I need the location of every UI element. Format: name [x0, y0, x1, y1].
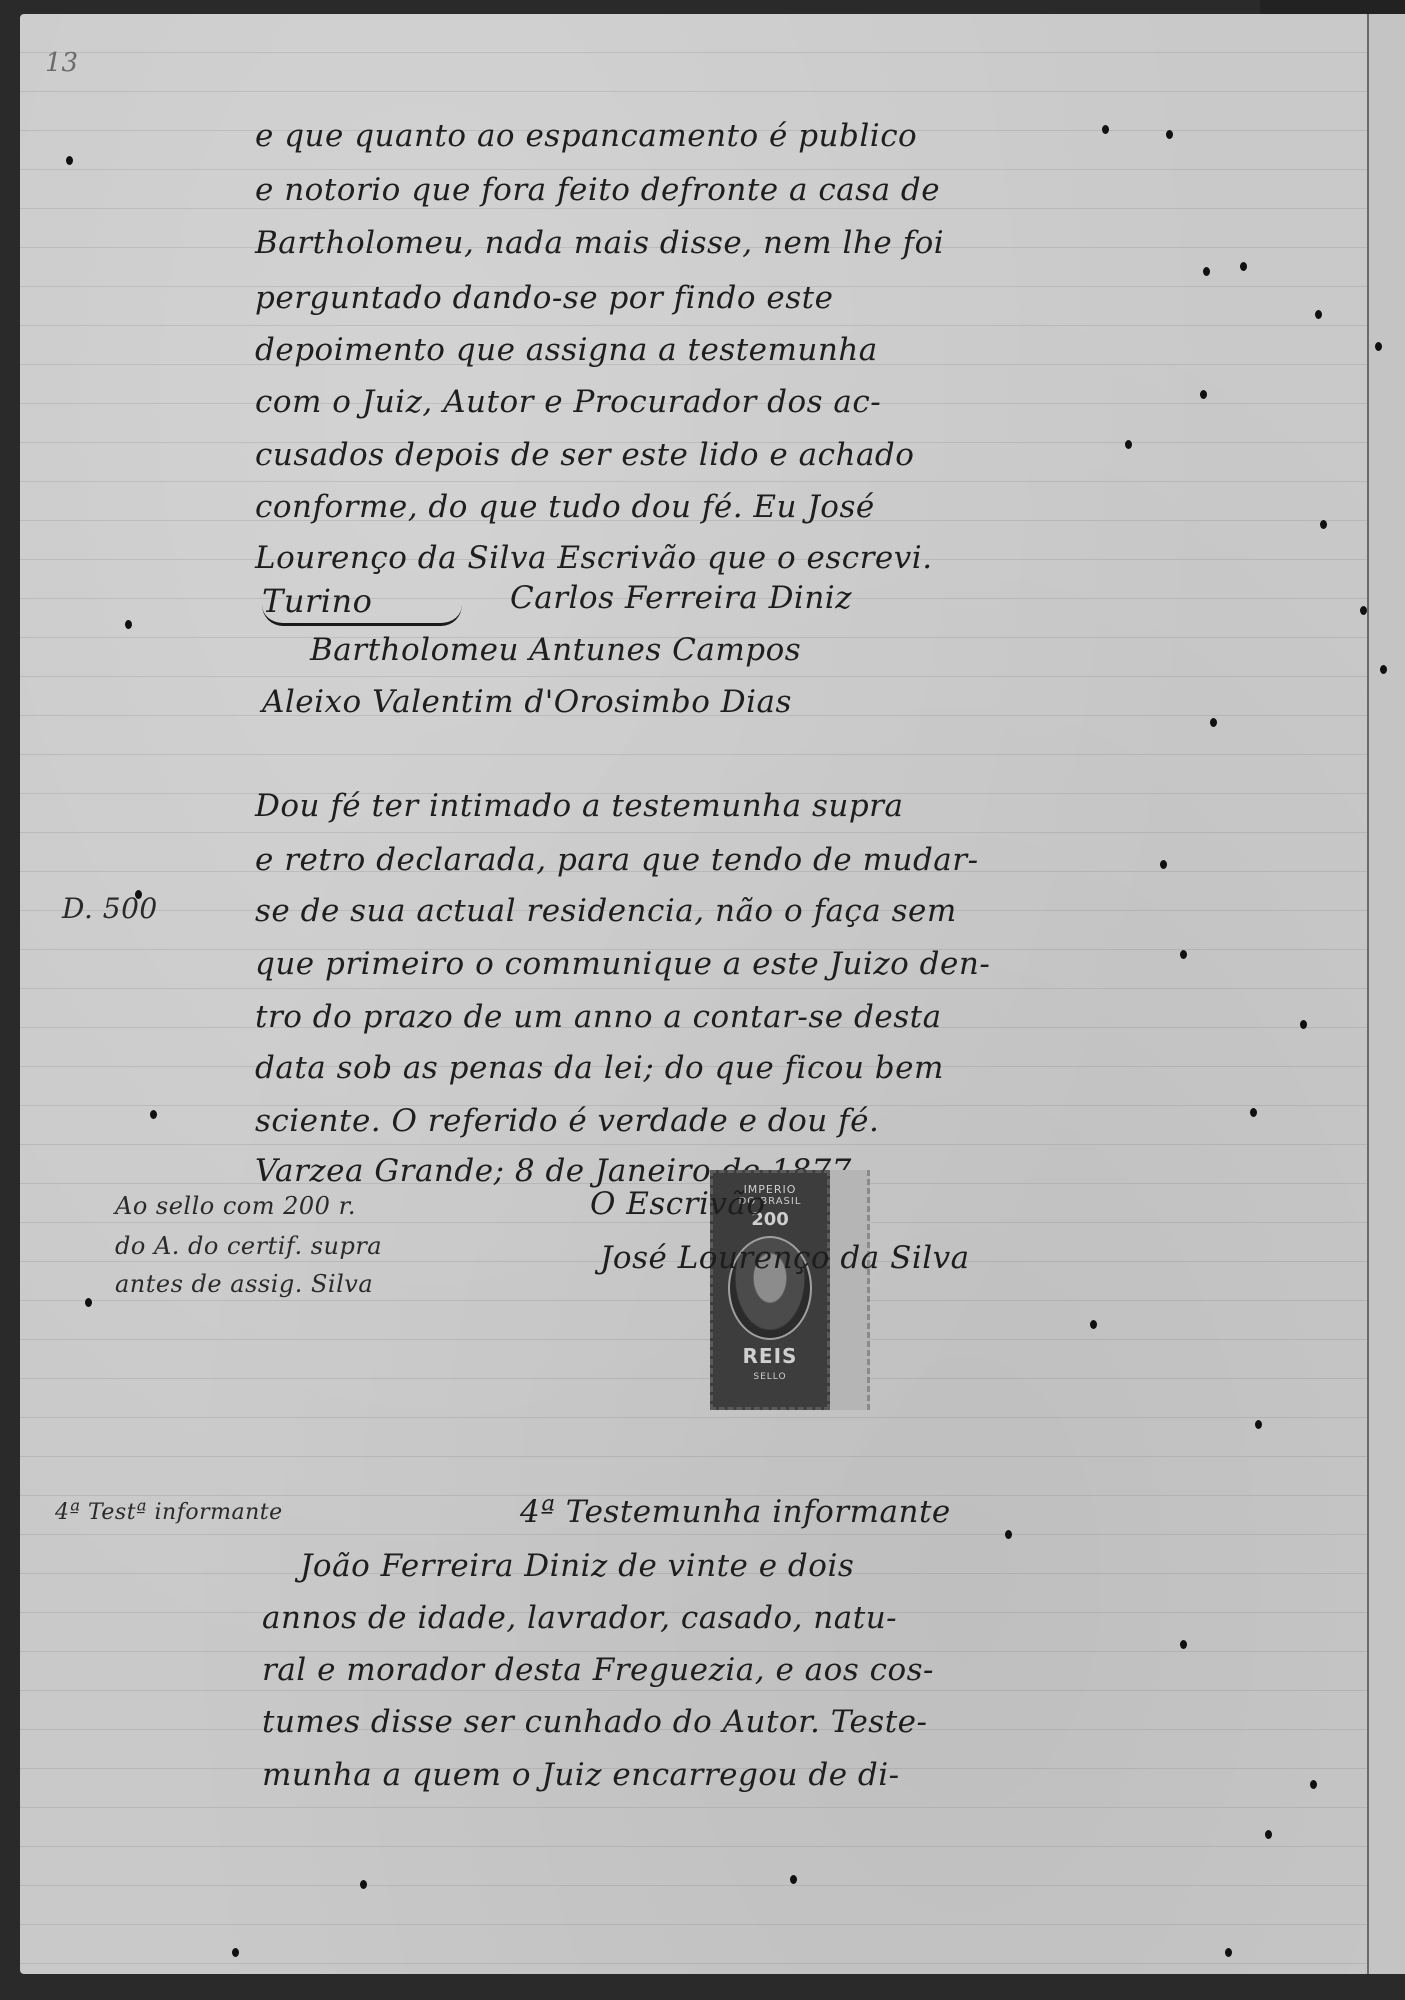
certificate-line: e retro declarada, para que tendo de mud…: [255, 842, 979, 878]
deposition-line: conforme, do que tudo dou fé. Eu José: [255, 489, 875, 525]
ink-spot: [1005, 1530, 1012, 1539]
ink-spot: [1203, 267, 1210, 276]
stamp-selvage: [830, 1170, 870, 1410]
ink-spot: [790, 1875, 797, 1884]
ink-spot: [1250, 1108, 1257, 1117]
ink-spot: [1380, 665, 1387, 674]
ink-spot: [1166, 130, 1173, 139]
ink-spot: [360, 1880, 367, 1889]
signature-witness: Aleixo Valentim d'Orosimbo Dias: [262, 684, 792, 720]
ink-spot: [1102, 125, 1109, 134]
deposition-line: cusados depois de ser este lido e achado: [255, 437, 914, 473]
ink-spot: [150, 1110, 157, 1119]
certificate-line: sciente. O referido é verdade e dou fé.: [255, 1103, 879, 1139]
certificate-line: tro do prazo de um anno a contar-se dest…: [255, 999, 942, 1035]
stamp-bottom-text: SELLO: [713, 1372, 827, 1382]
ink-spot: [1265, 1830, 1272, 1839]
ink-spot: [1240, 262, 1247, 271]
adjacent-page-edge: [1369, 14, 1405, 1974]
ink-spot: [1310, 1780, 1317, 1789]
ink-spot: [1255, 1420, 1262, 1429]
witness-line: munha a quem o Juiz encarregou de di-: [262, 1757, 900, 1793]
ink-spot: [1225, 1948, 1232, 1957]
page-number: 13: [45, 48, 78, 78]
ink-spot: [1360, 606, 1367, 615]
deposition-line: depoimento que assigna a testemunha: [255, 332, 878, 368]
margin-fee-note: D. 500: [62, 892, 158, 925]
certificate-line: Dou fé ter intimado a testemunha supra: [255, 788, 903, 824]
ink-spot: [1315, 310, 1322, 319]
deposition-line: Bartholomeu, nada mais disse, nem lhe fo…: [255, 225, 944, 261]
ink-spot: [1375, 342, 1382, 351]
witness-line: ral e morador desta Freguezia, e aos cos…: [262, 1652, 934, 1688]
ink-spot: [1320, 520, 1327, 529]
signature-flourish: [262, 605, 462, 626]
deposition-line: e que quanto ao espancamento é publico: [255, 118, 917, 154]
scrivener-signature: José Lourenço da Silva: [600, 1240, 970, 1276]
witness-line: João Ferreira Diniz de vinte e dois: [300, 1548, 854, 1584]
ink-spot: [1180, 1640, 1187, 1649]
ink-spot: [135, 890, 142, 899]
ink-spot: [1200, 390, 1207, 399]
witness-line: tumes disse ser cunhado do Autor. Teste-: [262, 1704, 928, 1740]
certificate-line: se de sua actual residencia, não o faça …: [255, 893, 957, 929]
ink-spot: [66, 156, 73, 165]
deposition-line: perguntado dando-se por findo este: [255, 280, 833, 316]
ink-spot: [1090, 1320, 1097, 1329]
ink-spot: [1210, 718, 1217, 727]
deposition-line: com o Juiz, Autor e Procurador dos ac-: [255, 384, 881, 420]
deposition-line: Lourenço da Silva Escrivão que o escrevi…: [255, 540, 933, 576]
signature-plaintiff: Carlos Ferreira Diniz: [510, 580, 852, 616]
margin-witness-label: 4ª Testª informante: [55, 1500, 283, 1525]
certificate-line: que primeiro o communique a este Juizo d…: [255, 946, 990, 982]
ink-spot: [1125, 440, 1132, 449]
signature-attorney: Bartholomeu Antunes Campos: [310, 632, 801, 668]
deposition-line: e notorio que fora feito defronte a casa…: [255, 172, 940, 208]
ink-spot: [125, 620, 132, 629]
witness-line: annos de idade, lavrador, casado, natu-: [262, 1600, 897, 1636]
ink-spot: [1160, 860, 1167, 869]
witness-heading: 4ª Testemunha informante: [520, 1494, 951, 1530]
ink-spot: [232, 1948, 239, 1957]
ink-spot: [1300, 1020, 1307, 1029]
ink-spot: [1180, 950, 1187, 959]
scrivener-title: O Escrivão: [590, 1186, 766, 1222]
certificate-line: data sob as penas da lei; do que ficou b…: [255, 1050, 944, 1086]
seal-note-line: do A. do certif. supra: [115, 1232, 382, 1260]
seal-note-line: antes de assig. Silva: [115, 1270, 373, 1298]
seal-note-line: Ao sello com 200 r.: [115, 1192, 356, 1220]
stamp-currency: REIS: [713, 1344, 827, 1368]
ink-spot: [85, 1298, 92, 1307]
